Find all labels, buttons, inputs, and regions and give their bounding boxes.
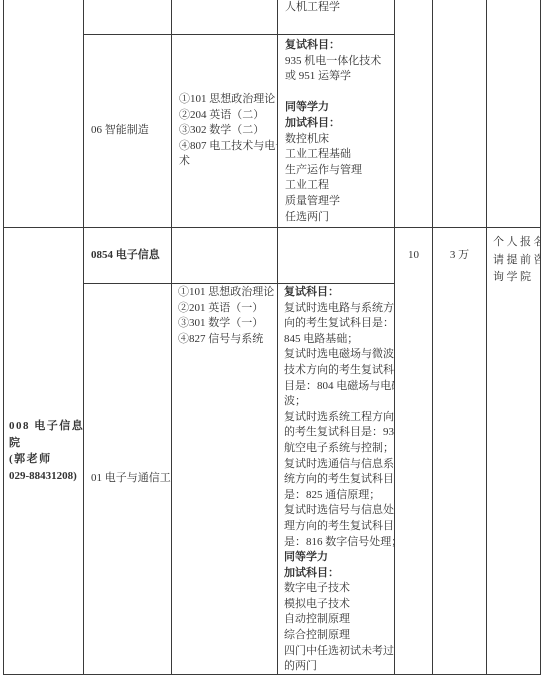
text-line: 复试时选系统工程方向 xyxy=(284,410,394,426)
college-cell-008: 008 电子信息学院(郭老师029-88431208) xyxy=(4,228,84,675)
admissions-table: 人机工程学 06 智能制造 ①101 思想政治理论②204 英语（二）③302 … xyxy=(3,0,541,675)
text-line: 的考生复试科目是：933 xyxy=(284,425,394,441)
text-line xyxy=(285,85,394,101)
quota-value: 10 xyxy=(408,249,419,261)
text-line: 复试科目： xyxy=(284,285,394,301)
text-line: 航空电子系统与控制； xyxy=(284,441,394,457)
prev-retest-cell: 人机工程学 xyxy=(278,0,395,35)
tuition-cell-top xyxy=(433,0,487,228)
quota-cell: 10 xyxy=(395,228,433,675)
program-cell-01: 01 电子与通信工程 xyxy=(84,284,172,675)
text-line: 理方向的考生复试科目 xyxy=(284,519,394,535)
text-line: 工业工程基础 xyxy=(285,147,394,163)
text-line: 术 xyxy=(179,154,190,170)
text-line: ②204 英语（二） xyxy=(179,108,264,124)
text-line: 同等学力 xyxy=(284,550,394,566)
text-line: 波； xyxy=(284,394,394,410)
text-line: 复试时选信号与信息处 xyxy=(284,503,394,519)
text-line: 加试科目： xyxy=(284,566,394,582)
text-line: ④807 电工技术与电子技 xyxy=(179,139,278,155)
text-line: ④827 信号与系统 xyxy=(178,332,277,348)
text-line: 845 电路基础； xyxy=(284,332,394,348)
text-line: 复试时选电磁场与微波 xyxy=(284,347,394,363)
text-line: 四门中任选初试未考过 xyxy=(284,644,394,660)
program-cell-06: 06 智能制造 xyxy=(84,35,172,228)
text-line: 复试科目： xyxy=(285,38,394,54)
text-line: (郭老师 xyxy=(9,451,52,468)
text-line: 复试时选电路与系统方 xyxy=(284,301,394,317)
text-line: 工业工程 xyxy=(285,178,394,194)
exam-subjects-cell-0854 xyxy=(172,228,278,284)
text-line: 任选两门 xyxy=(285,210,394,226)
note-cell: 个人报名请提前咨询学院 xyxy=(487,228,541,675)
prev-college-cell xyxy=(4,0,84,228)
retest-subjects-cell-06: 复试科目：935 机电一体化技术或 951 运筹学 同等学力加试科目：数控机床工… xyxy=(278,35,395,228)
exam-subjects-cell-06: ①101 思想政治理论②204 英语（二）③302 数学（二）④807 电工技术… xyxy=(172,35,278,228)
text-line: ③301 数学（一） xyxy=(178,316,277,332)
text-line: 同等学力 xyxy=(285,100,394,116)
text-line: 向的考生复试科目是： xyxy=(284,316,394,332)
retest-subjects-cell-0854 xyxy=(278,228,395,284)
program-cell-0854: 0854 电子信息 xyxy=(84,228,172,284)
text-line: 请提前咨 xyxy=(493,252,536,270)
text-line: 是：816 数字信号处理； xyxy=(284,535,394,551)
tuition-value: 3 万 xyxy=(450,249,469,261)
program-label: 01 电子与通信工程 xyxy=(91,471,172,487)
text-line: 质量管理学 xyxy=(285,194,394,210)
text-line: 模拟电子技术 xyxy=(284,597,394,613)
text-line: 技术方向的考生复试科 xyxy=(284,363,394,379)
program-label: 0854 电子信息 xyxy=(91,248,160,264)
text-line: 是：825 通信原理； xyxy=(284,488,394,504)
text-line: 935 机电一体化技术 xyxy=(285,54,394,70)
text-line: 统方向的考生复试科目 xyxy=(284,472,394,488)
note-cell-top xyxy=(487,0,541,228)
text-line: ①101 思想政治理论 xyxy=(179,92,275,108)
text-line: 个人报名 xyxy=(493,234,536,252)
text-line: ③302 数学（二） xyxy=(179,123,264,139)
prev-program-cell xyxy=(84,0,172,35)
text-line: 的两门 xyxy=(284,659,394,675)
text-line: 综合控制原理 xyxy=(284,628,394,644)
prev-subjects-cell xyxy=(172,0,278,35)
text-line: 院 xyxy=(9,435,22,452)
text-line: 数字电子技术 xyxy=(284,581,394,597)
tuition-cell: 3 万 xyxy=(433,228,487,675)
program-label: 06 智能制造 xyxy=(91,123,149,139)
text-line: 029-88431208) xyxy=(9,468,77,485)
text-line: 人机工程学 xyxy=(285,0,394,16)
text-line: 询学院 xyxy=(493,269,536,287)
text-line: 生产运作与管理 xyxy=(285,163,394,179)
retest-subjects-cell-01: 复试科目：复试时选电路与系统方向的考生复试科目是：845 电路基础；复试时选电磁… xyxy=(278,284,395,675)
text-line: 008 电子信息学 xyxy=(9,418,84,435)
text-line: 加试科目： xyxy=(285,116,394,132)
exam-subjects-cell-01: ①101 思想政治理论②201 英语（一）③301 数学（一）④827 信号与系… xyxy=(172,284,278,675)
text-line: 或 951 运筹学 xyxy=(285,69,394,85)
text-line: 自动控制原理 xyxy=(284,612,394,628)
quota-cell-top xyxy=(395,0,433,228)
text-line: 目是：804 电磁场与电磁 xyxy=(284,379,394,395)
text-line: ①101 思想政治理论 xyxy=(178,285,277,301)
text-line: ②201 英语（一） xyxy=(178,301,277,317)
text-line: 复试时选通信与信息系 xyxy=(284,457,394,473)
text-line: 数控机床 xyxy=(285,132,394,148)
